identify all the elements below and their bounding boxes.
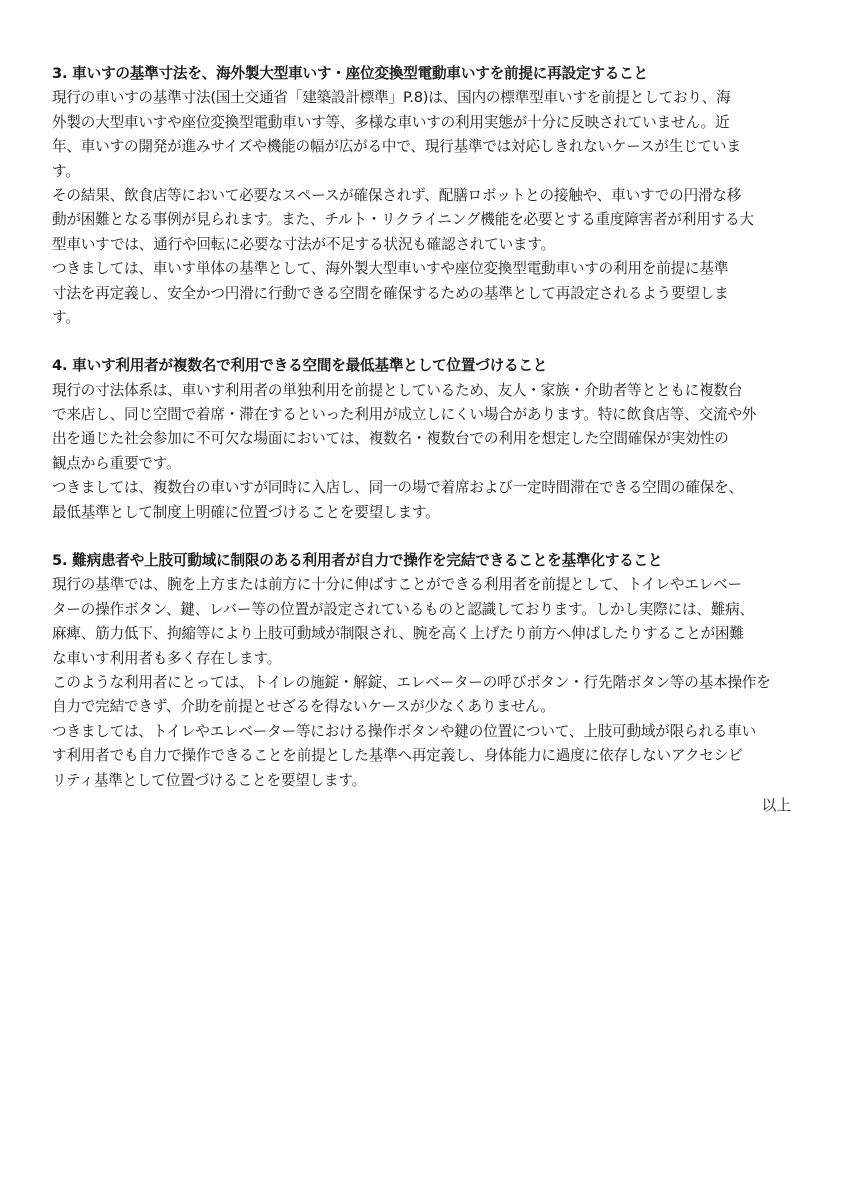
closing-remark: 以上 <box>762 794 791 818</box>
text-line: このような利用者にとっては、トイレの施錠・解錠、エレベーターの呼びボタン・行先階… <box>52 671 797 695</box>
text-line: で来店し、同じ空間で着席・滞在するといった利用が成立しにくい場合があります。特に… <box>52 403 797 427</box>
text-line: 外製の大型車いすや座位変換型電動車いす等、多様な車いすの利用実態が十分に反映され… <box>52 111 797 135</box>
text-line: 自力で完結できず、介助を前提とせざるを得ないケースが少なくありません。 <box>52 695 797 719</box>
text-line: つきましては、複数台の車いすが同時に入店し、同一の場で着席および一定時間滞在でき… <box>52 476 797 500</box>
text-line: その結果、飲食店等において必要なスペースが確保されず、配膳ロボットとの接触や、車… <box>52 184 797 208</box>
text-line: 出を通じた社会参加に不可欠な場面においては、複数名・複数台での利用を想定した空間… <box>52 427 797 451</box>
text-line: す。 <box>52 160 797 184</box>
text-line: 年、車いすの開発が進みサイズや機能の幅が広がる中で、現行基準では対応しきれないケ… <box>52 135 797 159</box>
text-line: つきましては、トイレやエレベーター等における操作ボタンや鍵の位置について、上肢可… <box>52 720 797 744</box>
text-line: 現行の基準では、腕を上方または前方に十分に伸ばすことができる利用者を前提として、… <box>52 573 797 597</box>
section-paragraphs: 現行の基準では、腕を上方または前方に十分に伸ばすことができる利用者を前提として、… <box>52 573 797 793</box>
text-line: つきましては、車いす単体の基準として、海外製大型車いすや座位変換型電動車いすの利… <box>52 257 797 281</box>
section-paragraphs: 現行の寸法体系は、車いす利用者の単独利用を前提としているため、友人・家族・介助者… <box>52 379 797 525</box>
document-body: 3. 車いすの基準寸法を、海外製大型車いす・座位変換型電動車いすを前提に再設定す… <box>52 62 797 817</box>
text-line: リティ基準として位置づけることを要望します。 <box>52 769 797 793</box>
text-line: 最低基準として制度上明確に位置づけることを要望します。 <box>52 501 797 525</box>
text-line: 現行の寸法体系は、車いす利用者の単独利用を前提としているため、友人・家族・介助者… <box>52 379 797 403</box>
text-line: す。 <box>52 306 797 330</box>
section-heading: 5. 難病患者や上肢可動域に制限のある利用者が自力で操作を完結できることを基準化… <box>52 549 797 573</box>
section-5: 5. 難病患者や上肢可動域に制限のある利用者が自力で操作を完結できることを基準化… <box>52 549 797 793</box>
text-line: 寸法を再定義し、安全かつ円滑に行動できる空間を確保するための基準として再設定され… <box>52 282 797 306</box>
section-heading: 3. 車いすの基準寸法を、海外製大型車いす・座位変換型電動車いすを前提に再設定す… <box>52 62 797 86</box>
text-line: ターの操作ボタン、鍵、レバー等の位置が設定されているものと認識しております。しか… <box>52 598 797 622</box>
section-4: 4. 車いす利用者が複数名で利用できる空間を最低基準として位置づけること 現行の… <box>52 354 797 525</box>
text-line: 現行の車いすの基準寸法(国土交通省「建築設計標準」P.8)は、国内の標準型車いす… <box>52 86 797 110</box>
text-line: 観点から重要です。 <box>52 452 797 476</box>
section-paragraphs: 現行の車いすの基準寸法(国土交通省「建築設計標準」P.8)は、国内の標準型車いす… <box>52 86 797 330</box>
text-line: 動が困難となる事例が見られます。また、チルト・リクライニング機能を必要とする重度… <box>52 208 797 232</box>
text-line: す利用者でも自力で操作できることを前提とした基準へ再定義し、身体能力に過度に依存… <box>52 744 797 768</box>
section-heading: 4. 車いす利用者が複数名で利用できる空間を最低基準として位置づけること <box>52 354 797 378</box>
text-line: 型車いすでは、通行や回転に必要な寸法が不足する状況も確認されています。 <box>52 233 797 257</box>
text-line: 麻痺、筋力低下、拘縮等により上肢可動域が制限され、腕を高く上げたり前方へ伸ばした… <box>52 622 797 646</box>
section-3: 3. 車いすの基準寸法を、海外製大型車いす・座位変換型電動車いすを前提に再設定す… <box>52 62 797 330</box>
text-line: な車いす利用者も多く存在します。 <box>52 647 797 671</box>
